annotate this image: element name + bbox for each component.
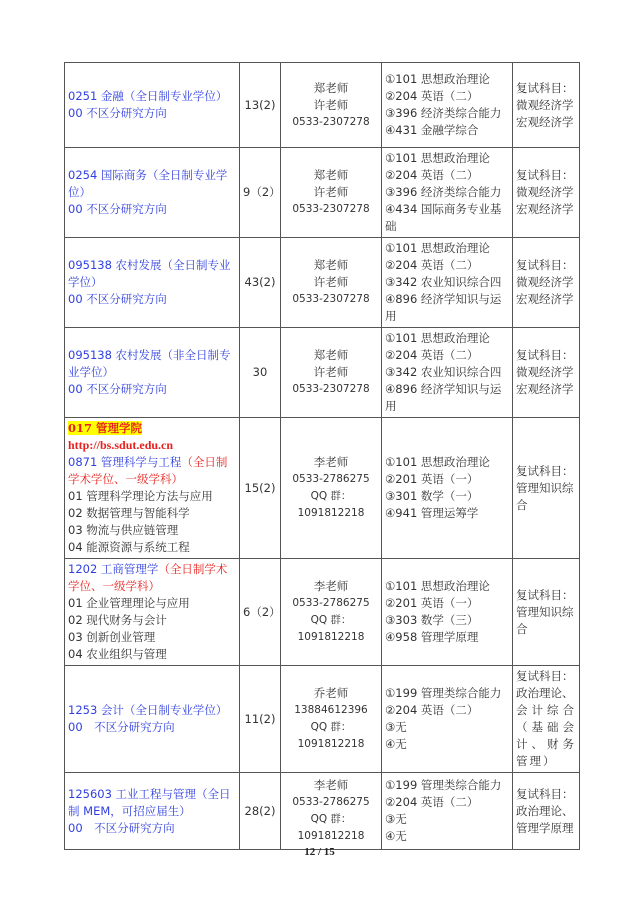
exam-subject: ①101 思想政治理论: [385, 71, 509, 88]
major-cell: 1202 工商管理学（全日制学术学位、一级学科） 01 企业管理理论与应用 02…: [65, 559, 240, 666]
retest-subject: 管理学原理: [516, 820, 576, 837]
contact-phone: 0533-2786275: [284, 471, 378, 488]
contact-cell: 乔老师 13884612396 QQ 群： 1091812218: [281, 666, 382, 773]
exam-subject: ④941 管理运筹学: [385, 505, 509, 522]
table-row: 017 管理学院 http://bs.sdut.edu.cn 0871 管理科学…: [65, 418, 580, 559]
major-name: 125603 工业工程与管理（全日制 MEM，可招应届生）: [68, 786, 236, 820]
retest-subject: 宏观经济学: [516, 201, 576, 218]
exam-subject: ②201 英语（一）: [385, 595, 509, 612]
contact-cell: 郑老师 许老师 0533-2307278: [281, 328, 382, 418]
exam-subject: ②204 英语（二）: [385, 347, 509, 364]
exam-subject: ④434 国际商务专业基础: [385, 201, 509, 235]
school-title: 017 管理学院: [68, 421, 142, 435]
retest-cell: 复试科目： 微观经济学 宏观经济学: [513, 238, 580, 328]
exam-subject: ①101 思想政治理论: [385, 330, 509, 347]
table-row: 125603 工业工程与管理（全日制 MEM，可招应届生） 00 不区分研究方向…: [65, 773, 580, 850]
qq-group-number: 1091812218: [284, 828, 378, 845]
retest-cell: 复试科目： 微观经济学 宏观经济学: [513, 148, 580, 238]
school-url-link[interactable]: http://bs.sdut.edu.cn: [68, 437, 236, 454]
retest-cell: 复试科目： 管理知识综合: [513, 418, 580, 559]
table-row: 0251 金融（全日制专业学位） 00 不区分研究方向 13(2) 郑老师 许老…: [65, 63, 580, 148]
enrollment-count: 6（2）: [240, 559, 281, 666]
enrollment-count: 11(2): [240, 666, 281, 773]
major-name: 095138 农村发展（非全日制专业学位）: [68, 347, 236, 381]
research-direction: 00 不区分研究方向: [68, 291, 236, 308]
exam-subject: ③无: [385, 719, 509, 736]
contact-teacher: 许老师: [284, 184, 378, 201]
retest-cell: 复试科目： 管理知识综合: [513, 559, 580, 666]
qq-group-number: 1091812218: [284, 629, 378, 646]
exam-subject: ②204 英语（二）: [385, 88, 509, 105]
exam-subjects-cell: ①199 管理类综合能力 ②204 英语（二） ③无 ④无: [382, 666, 513, 773]
contact-teacher: 郑老师: [284, 257, 378, 274]
exam-subjects-cell: ①199 管理类综合能力 ②204 英语（二） ③无 ④无: [382, 773, 513, 850]
retest-subject: 微观经济学: [516, 274, 576, 291]
exam-subjects-cell: ①101 思想政治理论 ②201 英语（一） ③303 数学（三） ④958 管…: [382, 559, 513, 666]
enrollment-count: 13(2): [240, 63, 281, 148]
enrollment-table: 0251 金融（全日制专业学位） 00 不区分研究方向 13(2) 郑老师 许老…: [64, 62, 580, 850]
enrollment-count: 43(2): [240, 238, 281, 328]
exam-subject: ③342 农业知识综合四: [385, 274, 509, 291]
major-name: 1253 会计（全日制专业学位）: [68, 702, 236, 719]
contact-teacher: 郑老师: [284, 347, 378, 364]
exam-subject: ②204 英语（二）: [385, 794, 509, 811]
exam-subject: ④958 管理学原理: [385, 629, 509, 646]
exam-subject: ④896 经济学知识与运用: [385, 291, 509, 325]
exam-subjects-cell: ①101 思想政治理论 ②204 英语（二） ③342 农业知识综合四 ④896…: [382, 238, 513, 328]
table-row: 095138 农村发展（全日制专业学位） 00 不区分研究方向 43(2) 郑老…: [65, 238, 580, 328]
retest-subject: 管理知识综合: [516, 604, 576, 638]
contact-teacher: 李老师: [284, 578, 378, 595]
enrollment-count: 28(2): [240, 773, 281, 850]
contact-phone: 0533-2307278: [284, 381, 378, 398]
major-cell: 095138 农村发展（非全日制专业学位） 00 不区分研究方向: [65, 328, 240, 418]
contact-teacher: 许老师: [284, 274, 378, 291]
research-direction: 01 管理科学理论方法与应用: [68, 488, 236, 505]
research-direction: 04 农业组织与管理: [68, 646, 236, 663]
exam-subject: ①101 思想政治理论: [385, 578, 509, 595]
contact-phone: 0533-2307278: [284, 114, 378, 131]
exam-subject: ③342 农业知识综合四: [385, 364, 509, 381]
contact-cell: 李老师 0533-2786275 QQ 群： 1091812218: [281, 418, 382, 559]
research-direction: 00 不区分研究方向: [68, 105, 236, 122]
contact-phone: 0533-2307278: [284, 201, 378, 218]
retest-label: 复试科目：: [516, 587, 576, 604]
retest-cell: 复试科目： 微观经济学 宏观经济学: [513, 63, 580, 148]
contact-teacher: 许老师: [284, 97, 378, 114]
exam-subject: ③301 数学（一）: [385, 488, 509, 505]
exam-subjects-cell: ①101 思想政治理论 ②201 英语（一） ③301 数学（一） ④941 管…: [382, 418, 513, 559]
retest-label: 复试科目：: [516, 257, 576, 274]
exam-subjects-cell: ①101 思想政治理论 ②204 英语（二） ③396 经济类综合能力 ④434…: [382, 148, 513, 238]
contact-phone: 0533-2786275: [284, 595, 378, 612]
exam-subject: ③396 经济类综合能力: [385, 105, 509, 122]
retest-subject: 会计综合（基础会计、财务管理）: [516, 702, 576, 770]
major-cell: 125603 工业工程与管理（全日制 MEM，可招应届生） 00 不区分研究方向: [65, 773, 240, 850]
document-page: 0251 金融（全日制专业学位） 00 不区分研究方向 13(2) 郑老师 许老…: [0, 0, 639, 904]
retest-cell: 复试科目： 微观经济学 宏观经济学: [513, 328, 580, 418]
retest-subject: 宏观经济学: [516, 381, 576, 398]
exam-subject: ④431 金融学综合: [385, 122, 509, 139]
retest-subject: 微观经济学: [516, 184, 576, 201]
research-direction: 02 数据管理与智能科学: [68, 505, 236, 522]
enrollment-count: 9（2）: [240, 148, 281, 238]
contact-teacher: 乔老师: [284, 685, 378, 702]
contact-teacher: 李老师: [284, 454, 378, 471]
major-cell: 0251 金融（全日制专业学位） 00 不区分研究方向: [65, 63, 240, 148]
retest-subject: 微观经济学: [516, 364, 576, 381]
contact-cell: 李老师 0533-2786275 QQ 群： 1091812218: [281, 559, 382, 666]
exam-subject: ③303 数学（三）: [385, 612, 509, 629]
exam-subject: ①101 思想政治理论: [385, 150, 509, 167]
qq-group-label: QQ 群：: [284, 719, 378, 736]
exam-subject: ②204 英语（二）: [385, 167, 509, 184]
major-cell: 095138 农村发展（全日制专业学位） 00 不区分研究方向: [65, 238, 240, 328]
major-name: 095138 农村发展（全日制专业学位）: [68, 257, 236, 291]
exam-subjects-cell: ①101 思想政治理论 ②204 英语（二） ③342 农业知识综合四 ④896…: [382, 328, 513, 418]
major-cell: 0254 国际商务（全日制专业学位） 00 不区分研究方向: [65, 148, 240, 238]
exam-subject: ④896 经济学知识与运用: [385, 381, 509, 415]
contact-phone: 0533-2307278: [284, 291, 378, 308]
major-name: 0871 管理科学与工程: [68, 455, 181, 469]
contact-cell: 李老师 0533-2786275 QQ 群： 1091812218: [281, 773, 382, 850]
research-direction: 00 不区分研究方向: [68, 381, 236, 398]
contact-teacher: 李老师: [284, 777, 378, 794]
major-name: 0251 金融（全日制专业学位）: [68, 88, 236, 105]
major-name: 1202 工商管理学: [68, 562, 158, 576]
exam-subject: ②201 英语（一）: [385, 471, 509, 488]
contact-phone: 0533-2786275: [284, 794, 378, 811]
exam-subject: ③无: [385, 811, 509, 828]
contact-teacher: 许老师: [284, 364, 378, 381]
retest-label: 复试科目：: [516, 80, 576, 97]
retest-label: 复试科目：: [516, 786, 576, 803]
contact-cell: 郑老师 许老师 0533-2307278: [281, 238, 382, 328]
qq-group-label: QQ 群：: [284, 612, 378, 629]
major-cell: 1253 会计（全日制专业学位） 00 不区分研究方向: [65, 666, 240, 773]
retest-label: 复试科目：: [516, 167, 576, 184]
retest-subject: 政治理论、: [516, 803, 576, 820]
exam-subject: ②204 英语（二）: [385, 257, 509, 274]
research-direction: 03 创新创业管理: [68, 629, 236, 646]
exam-subject: ③396 经济类综合能力: [385, 184, 509, 201]
contact-teacher: 郑老师: [284, 80, 378, 97]
exam-subject: ④无: [385, 828, 509, 845]
exam-subject: ④无: [385, 736, 509, 753]
enrollment-count: 30: [240, 328, 281, 418]
retest-label: 复试科目：: [516, 347, 576, 364]
table-row: 1253 会计（全日制专业学位） 00 不区分研究方向 11(2) 乔老师 13…: [65, 666, 580, 773]
qq-group-number: 1091812218: [284, 505, 378, 522]
exam-subject: ①199 管理类综合能力: [385, 777, 509, 794]
research-direction: 03 物流与供应链管理: [68, 522, 236, 539]
retest-subject: 微观经济学: [516, 97, 576, 114]
enrollment-count: 15(2): [240, 418, 281, 559]
research-direction: 00 不区分研究方向: [68, 719, 236, 736]
retest-subject: 管理知识综合: [516, 480, 576, 514]
qq-group-number: 1091812218: [284, 736, 378, 753]
page-number: 12 / 15: [0, 846, 639, 858]
qq-group-label: QQ 群：: [284, 811, 378, 828]
contact-teacher: 郑老师: [284, 167, 378, 184]
major-name: 0254 国际商务（全日制专业学位）: [68, 167, 236, 201]
contact-cell: 郑老师 许老师 0533-2307278: [281, 148, 382, 238]
exam-subject: ①199 管理类综合能力: [385, 685, 509, 702]
research-direction: 04 能源资源与系统工程: [68, 539, 236, 556]
retest-cell: 复试科目： 政治理论、 会计综合（基础会计、财务管理）: [513, 666, 580, 773]
research-direction: 02 现代财务与会计: [68, 612, 236, 629]
table-row: 1202 工商管理学（全日制学术学位、一级学科） 01 企业管理理论与应用 02…: [65, 559, 580, 666]
qq-group-label: QQ 群：: [284, 488, 378, 505]
major-cell: 017 管理学院 http://bs.sdut.edu.cn 0871 管理科学…: [65, 418, 240, 559]
retest-subject: 宏观经济学: [516, 291, 576, 308]
research-direction: 01 企业管理理论与应用: [68, 595, 236, 612]
retest-subject: 政治理论、: [516, 685, 576, 702]
retest-label: 复试科目：: [516, 668, 576, 685]
table-row: 095138 农村发展（非全日制专业学位） 00 不区分研究方向 30 郑老师 …: [65, 328, 580, 418]
retest-cell: 复试科目： 政治理论、 管理学原理: [513, 773, 580, 850]
exam-subjects-cell: ①101 思想政治理论 ②204 英语（二） ③396 经济类综合能力 ④431…: [382, 63, 513, 148]
research-direction: 00 不区分研究方向: [68, 201, 236, 218]
exam-subject: ①101 思想政治理论: [385, 240, 509, 257]
contact-cell: 郑老师 许老师 0533-2307278: [281, 63, 382, 148]
retest-subject: 宏观经济学: [516, 114, 576, 131]
table-row: 0254 国际商务（全日制专业学位） 00 不区分研究方向 9（2） 郑老师 许…: [65, 148, 580, 238]
exam-subject: ②204 英语（二）: [385, 702, 509, 719]
research-direction: 00 不区分研究方向: [68, 820, 236, 837]
contact-phone: 13884612396: [284, 702, 378, 719]
exam-subject: ①101 思想政治理论: [385, 454, 509, 471]
retest-label: 复试科目：: [516, 463, 576, 480]
